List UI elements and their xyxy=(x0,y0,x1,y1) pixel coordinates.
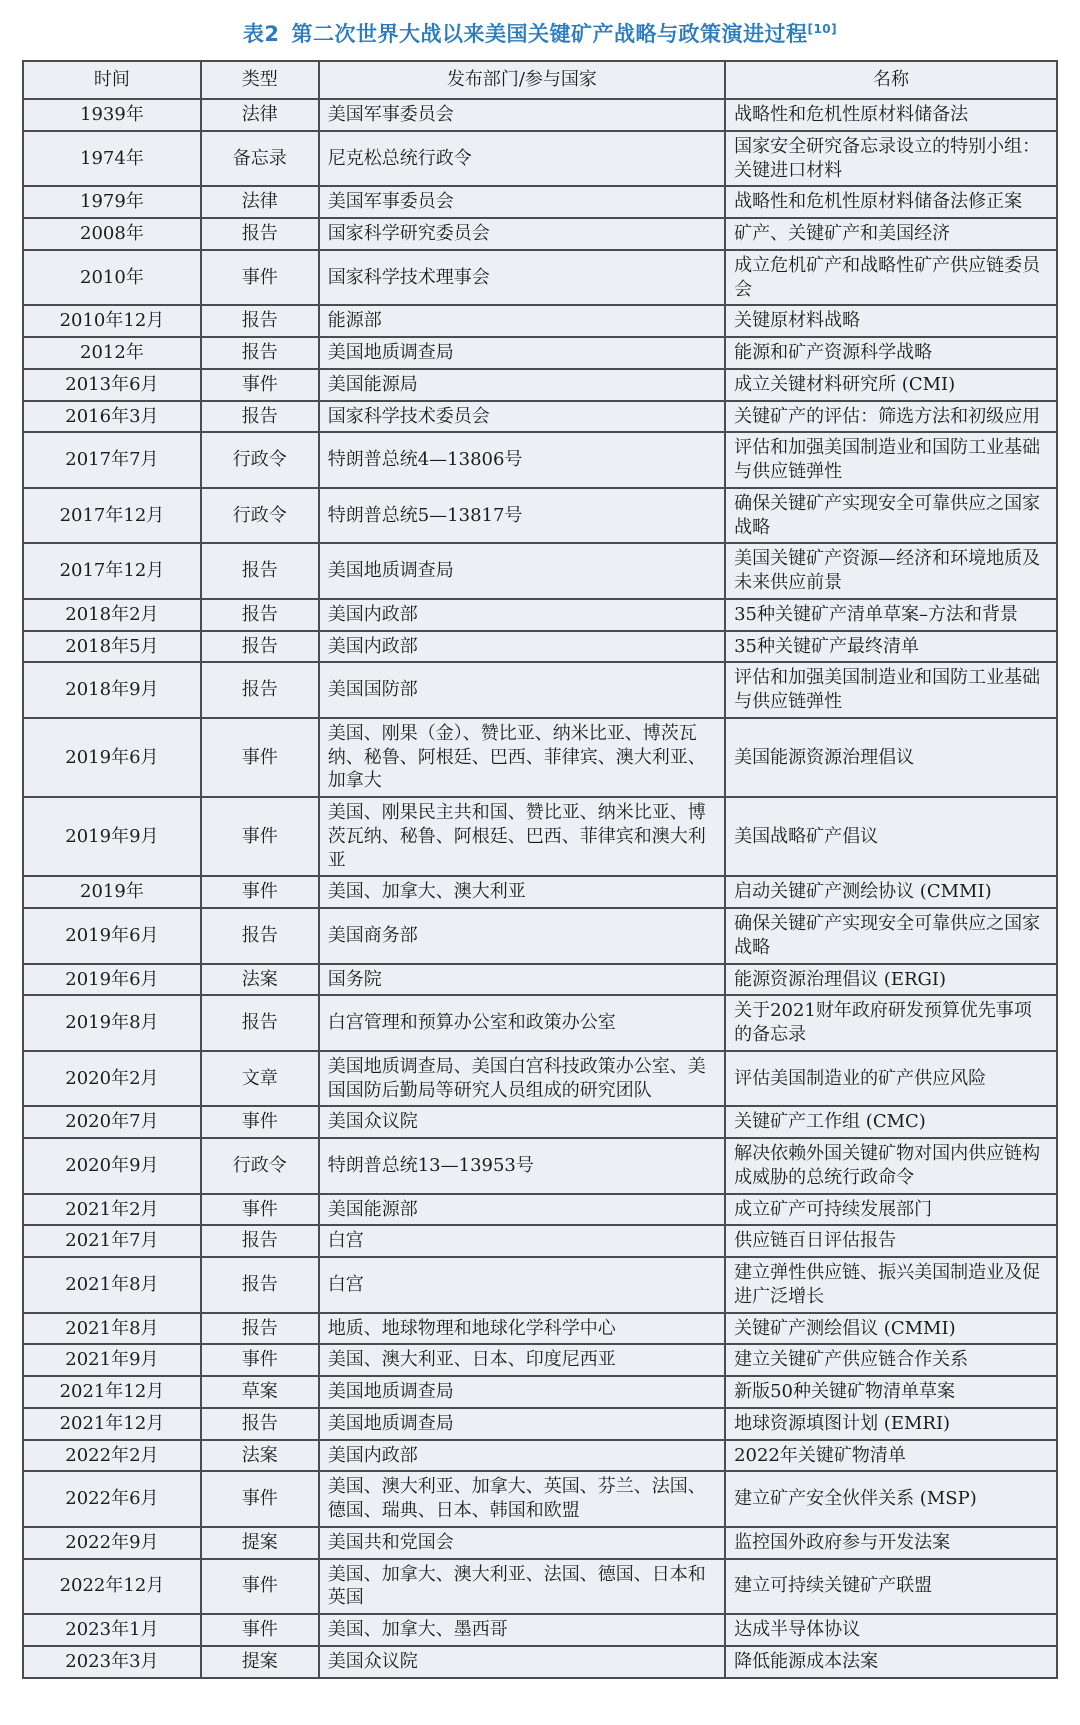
department-cell: 美国地质调查局 xyxy=(319,337,725,369)
time-cell: 2019年8月 xyxy=(23,995,201,1051)
name-cell: 达成半导体协议 xyxy=(725,1614,1057,1646)
type-cell: 法案 xyxy=(201,1440,319,1472)
department-cell: 国家科学技术委员会 xyxy=(319,401,725,433)
department-cell: 美国、刚果（金）、赞比亚、纳米比亚、博茨瓦纳、秘鲁、阿根廷、巴西、菲律宾、澳大利… xyxy=(319,718,725,797)
name-cell: 新版50种关键矿物清单草案 xyxy=(725,1376,1057,1408)
department-cell: 美国内政部 xyxy=(319,631,725,663)
department-cell: 美国军事委员会 xyxy=(319,99,725,131)
time-cell: 2019年6月 xyxy=(23,718,201,797)
department-cell: 国家科学技术理事会 xyxy=(319,250,725,306)
name-cell: 战略性和危机性原材料储备法修正案 xyxy=(725,186,1057,218)
table-number-label: 表2 xyxy=(243,22,280,46)
name-cell: 评估和加强美国制造业和国防工业基础与供应链弹性 xyxy=(725,432,1057,488)
department-cell: 美国、加拿大、澳大利亚 xyxy=(319,876,725,908)
type-cell: 提案 xyxy=(201,1527,319,1559)
name-cell: 建立弹性供应链、振兴美国制造业及促进广泛增长 xyxy=(725,1257,1057,1313)
name-cell: 建立可持续关键矿产联盟 xyxy=(725,1559,1057,1615)
time-cell: 1939年 xyxy=(23,99,201,131)
type-cell: 备忘录 xyxy=(201,131,319,187)
department-cell: 美国、加拿大、澳大利亚、法国、德国、日本和英国 xyxy=(319,1559,725,1615)
name-cell: 关键矿产工作组 (CMC) xyxy=(725,1106,1057,1138)
type-cell: 报告 xyxy=(201,631,319,663)
name-cell: 成立矿产可持续发展部门 xyxy=(725,1194,1057,1226)
table-row: 2017年12月报告美国地质调查局美国关键矿产资源—经济和环境地质及未来供应前景 xyxy=(23,543,1057,599)
time-cell: 2023年3月 xyxy=(23,1646,201,1678)
type-cell: 报告 xyxy=(201,1257,319,1313)
department-cell: 美国、刚果民主共和国、赞比亚、纳米比亚、博茨瓦纳、秘鲁、阿根廷、巴西、菲律宾和澳… xyxy=(319,797,725,876)
time-cell: 2010年 xyxy=(23,250,201,306)
table-title: 表2第二次世界大战以来美国关键矿产战略与政策演进过程[10] xyxy=(22,18,1058,48)
table-row: 2016年3月报告国家科学技术委员会关键矿产的评估：筛选方法和初级应用 xyxy=(23,401,1057,433)
type-cell: 行政令 xyxy=(201,488,319,544)
name-cell: 35种关键矿产最终清单 xyxy=(725,631,1057,663)
type-cell: 事件 xyxy=(201,1471,319,1527)
department-cell: 美国军事委员会 xyxy=(319,186,725,218)
department-cell: 特朗普总统4—13806号 xyxy=(319,432,725,488)
time-cell: 2021年12月 xyxy=(23,1408,201,1440)
name-cell: 启动关键矿产测绘协议 (CMMI) xyxy=(725,876,1057,908)
department-cell: 国务院 xyxy=(319,964,725,996)
type-cell: 事件 xyxy=(201,1614,319,1646)
department-cell: 美国、澳大利亚、加拿大、英国、芬兰、法国、德国、瑞典、日本、韩国和欧盟 xyxy=(319,1471,725,1527)
name-cell: 关键原材料战略 xyxy=(725,305,1057,337)
table-row: 2017年7月行政令特朗普总统4—13806号评估和加强美国制造业和国防工业基础… xyxy=(23,432,1057,488)
type-cell: 报告 xyxy=(201,1408,319,1440)
time-cell: 2020年9月 xyxy=(23,1138,201,1194)
name-cell: 评估和加强美国制造业和国防工业基础与供应链弹性 xyxy=(725,662,1057,718)
name-cell: 供应链百日评估报告 xyxy=(725,1225,1057,1257)
name-cell: 确保关键矿产实现安全可靠供应之国家战略 xyxy=(725,908,1057,964)
table-row: 2020年2月文章美国地质调查局、美国白宫科技政策办公室、美国国防后勤局等研究人… xyxy=(23,1051,1057,1107)
time-cell: 2021年8月 xyxy=(23,1313,201,1345)
time-cell: 2018年5月 xyxy=(23,631,201,663)
type-cell: 报告 xyxy=(201,995,319,1051)
type-cell: 事件 xyxy=(201,1344,319,1376)
department-cell: 美国商务部 xyxy=(319,908,725,964)
type-cell: 行政令 xyxy=(201,1138,319,1194)
name-cell: 关于2021财年政府研发预算优先事项的备忘录 xyxy=(725,995,1057,1051)
department-cell: 美国、加拿大、墨西哥 xyxy=(319,1614,725,1646)
name-cell: 关键矿产测绘倡议 (CMMI) xyxy=(725,1313,1057,1345)
department-cell: 白宫 xyxy=(319,1225,725,1257)
time-cell: 2017年12月 xyxy=(23,488,201,544)
table-row: 2021年8月报告地质、地球物理和地球化学科学中心关键矿产测绘倡议 (CMMI) xyxy=(23,1313,1057,1345)
table-body: 1939年法律美国军事委员会战略性和危机性原材料储备法1974年备忘录尼克松总统… xyxy=(23,99,1057,1678)
name-cell: 成立危机矿产和战略性矿产供应链委员会 xyxy=(725,250,1057,306)
department-cell: 白宫管理和预算办公室和政策办公室 xyxy=(319,995,725,1051)
name-cell: 监控国外政府参与开发法案 xyxy=(725,1527,1057,1559)
time-cell: 2022年12月 xyxy=(23,1559,201,1615)
name-cell: 关键矿产的评估：筛选方法和初级应用 xyxy=(725,401,1057,433)
name-cell: 美国能源资源治理倡议 xyxy=(725,718,1057,797)
table-row: 2017年12月行政令特朗普总统5—13817号确保关键矿产实现安全可靠供应之国… xyxy=(23,488,1057,544)
type-cell: 法律 xyxy=(201,99,319,131)
type-cell: 文章 xyxy=(201,1051,319,1107)
department-cell: 地质、地球物理和地球化学科学中心 xyxy=(319,1313,725,1345)
time-cell: 2022年6月 xyxy=(23,1471,201,1527)
department-cell: 美国地质调查局 xyxy=(319,1408,725,1440)
type-cell: 报告 xyxy=(201,599,319,631)
time-cell: 2016年3月 xyxy=(23,401,201,433)
header-name: 名称 xyxy=(725,61,1057,99)
type-cell: 事件 xyxy=(201,1194,319,1226)
table-row: 2010年事件国家科学技术理事会成立危机矿产和战略性矿产供应链委员会 xyxy=(23,250,1057,306)
name-cell: 解决依赖外国关键矿物对国内供应链构成威胁的总统行政命令 xyxy=(725,1138,1057,1194)
table-row: 2023年3月提案美国众议院降低能源成本法案 xyxy=(23,1646,1057,1678)
table-row: 2013年6月事件美国能源局成立关键材料研究所 (CMI) xyxy=(23,369,1057,401)
table-row: 2019年6月报告美国商务部确保关键矿产实现安全可靠供应之国家战略 xyxy=(23,908,1057,964)
name-cell: 确保关键矿产实现安全可靠供应之国家战略 xyxy=(725,488,1057,544)
table-row: 2019年6月法案国务院能源资源治理倡议 (ERGI) xyxy=(23,964,1057,996)
department-cell: 能源部 xyxy=(319,305,725,337)
department-cell: 美国共和党国会 xyxy=(319,1527,725,1559)
type-cell: 法律 xyxy=(201,186,319,218)
type-cell: 报告 xyxy=(201,401,319,433)
type-cell: 提案 xyxy=(201,1646,319,1678)
department-cell: 美国能源局 xyxy=(319,369,725,401)
time-cell: 2013年6月 xyxy=(23,369,201,401)
type-cell: 报告 xyxy=(201,543,319,599)
table-row: 2018年5月报告美国内政部35种关键矿产最终清单 xyxy=(23,631,1057,663)
time-cell: 2019年 xyxy=(23,876,201,908)
policy-evolution-table: 时间 类型 发布部门/参与国家 名称 1939年法律美国军事委员会战略性和危机性… xyxy=(22,60,1058,1679)
name-cell: 35种关键矿产清单草案–方法和背景 xyxy=(725,599,1057,631)
time-cell: 2008年 xyxy=(23,218,201,250)
department-cell: 国家科学研究委员会 xyxy=(319,218,725,250)
type-cell: 报告 xyxy=(201,337,319,369)
name-cell: 美国关键矿产资源—经济和环境地质及未来供应前景 xyxy=(725,543,1057,599)
table-row: 2022年9月提案美国共和党国会监控国外政府参与开发法案 xyxy=(23,1527,1057,1559)
table-row: 2020年7月事件美国众议院关键矿产工作组 (CMC) xyxy=(23,1106,1057,1138)
table-row: 2008年报告国家科学研究委员会矿产、关键矿产和美国经济 xyxy=(23,218,1057,250)
type-cell: 事件 xyxy=(201,1106,319,1138)
header-department: 发布部门/参与国家 xyxy=(319,61,725,99)
name-cell: 能源和矿产资源科学战略 xyxy=(725,337,1057,369)
table-row: 2010年12月报告能源部关键原材料战略 xyxy=(23,305,1057,337)
header-time: 时间 xyxy=(23,61,201,99)
table-row: 2020年9月行政令特朗普总统13—13953号解决依赖外国关键矿物对国内供应链… xyxy=(23,1138,1057,1194)
type-cell: 报告 xyxy=(201,908,319,964)
department-cell: 美国众议院 xyxy=(319,1646,725,1678)
type-cell: 报告 xyxy=(201,1313,319,1345)
table-row: 1979年法律美国军事委员会战略性和危机性原材料储备法修正案 xyxy=(23,186,1057,218)
time-cell: 2020年2月 xyxy=(23,1051,201,1107)
name-cell: 建立矿产安全伙伴关系 (MSP) xyxy=(725,1471,1057,1527)
type-cell: 事件 xyxy=(201,718,319,797)
type-cell: 事件 xyxy=(201,797,319,876)
department-cell: 尼克松总统行政令 xyxy=(319,131,725,187)
time-cell: 2021年12月 xyxy=(23,1376,201,1408)
time-cell: 2021年7月 xyxy=(23,1225,201,1257)
time-cell: 2017年12月 xyxy=(23,543,201,599)
department-cell: 美国众议院 xyxy=(319,1106,725,1138)
type-cell: 报告 xyxy=(201,218,319,250)
department-cell: 白宫 xyxy=(319,1257,725,1313)
department-cell: 美国国防部 xyxy=(319,662,725,718)
table-row: 2021年7月报告白宫供应链百日评估报告 xyxy=(23,1225,1057,1257)
table-row: 2021年8月报告白宫建立弹性供应链、振兴美国制造业及促进广泛增长 xyxy=(23,1257,1057,1313)
name-cell: 2022年关键矿物清单 xyxy=(725,1440,1057,1472)
type-cell: 事件 xyxy=(201,876,319,908)
time-cell: 2021年2月 xyxy=(23,1194,201,1226)
type-cell: 报告 xyxy=(201,662,319,718)
time-cell: 2010年12月 xyxy=(23,305,201,337)
time-cell: 2019年6月 xyxy=(23,908,201,964)
table-row: 2019年9月事件美国、刚果民主共和国、赞比亚、纳米比亚、博茨瓦纳、秘鲁、阿根廷… xyxy=(23,797,1057,876)
table-row: 2022年12月事件美国、加拿大、澳大利亚、法国、德国、日本和英国建立可持续关键… xyxy=(23,1559,1057,1615)
name-cell: 美国战略矿产倡议 xyxy=(725,797,1057,876)
table-row: 1974年备忘录尼克松总统行政令国家安全研究备忘录设立的特别小组：关键进口材料 xyxy=(23,131,1057,187)
name-cell: 国家安全研究备忘录设立的特别小组：关键进口材料 xyxy=(725,131,1057,187)
type-cell: 事件 xyxy=(201,369,319,401)
table-row: 2021年2月事件美国能源部成立矿产可持续发展部门 xyxy=(23,1194,1057,1226)
table-header-row: 时间 类型 发布部门/参与国家 名称 xyxy=(23,61,1057,99)
time-cell: 2020年7月 xyxy=(23,1106,201,1138)
header-type: 类型 xyxy=(201,61,319,99)
time-cell: 2018年9月 xyxy=(23,662,201,718)
department-cell: 美国地质调查局、美国白宫科技政策办公室、美国国防后勤局等研究人员组成的研究团队 xyxy=(319,1051,725,1107)
table-row: 2021年12月草案美国地质调查局新版50种关键矿物清单草案 xyxy=(23,1376,1057,1408)
time-cell: 2021年8月 xyxy=(23,1257,201,1313)
time-cell: 1979年 xyxy=(23,186,201,218)
table-row: 2012年报告美国地质调查局能源和矿产资源科学战略 xyxy=(23,337,1057,369)
type-cell: 事件 xyxy=(201,1559,319,1615)
time-cell: 2022年2月 xyxy=(23,1440,201,1472)
department-cell: 美国地质调查局 xyxy=(319,1376,725,1408)
time-cell: 2019年9月 xyxy=(23,797,201,876)
time-cell: 2018年2月 xyxy=(23,599,201,631)
type-cell: 报告 xyxy=(201,305,319,337)
table-row: 2018年2月报告美国内政部35种关键矿产清单草案–方法和背景 xyxy=(23,599,1057,631)
department-cell: 美国内政部 xyxy=(319,1440,725,1472)
department-cell: 美国内政部 xyxy=(319,599,725,631)
name-cell: 评估美国制造业的矿产供应风险 xyxy=(725,1051,1057,1107)
table-row: 2018年9月报告美国国防部评估和加强美国制造业和国防工业基础与供应链弹性 xyxy=(23,662,1057,718)
name-cell: 成立关键材料研究所 (CMI) xyxy=(725,369,1057,401)
name-cell: 降低能源成本法案 xyxy=(725,1646,1057,1678)
citation-superscript: [10] xyxy=(807,22,837,36)
table-row: 2022年2月法案美国内政部2022年关键矿物清单 xyxy=(23,1440,1057,1472)
table-row: 2019年8月报告白宫管理和预算办公室和政策办公室关于2021财年政府研发预算优… xyxy=(23,995,1057,1051)
table-row: 2019年6月事件美国、刚果（金）、赞比亚、纳米比亚、博茨瓦纳、秘鲁、阿根廷、巴… xyxy=(23,718,1057,797)
time-cell: 1974年 xyxy=(23,131,201,187)
time-cell: 2012年 xyxy=(23,337,201,369)
department-cell: 美国能源部 xyxy=(319,1194,725,1226)
time-cell: 2021年9月 xyxy=(23,1344,201,1376)
table-row: 2019年事件美国、加拿大、澳大利亚启动关键矿产测绘协议 (CMMI) xyxy=(23,876,1057,908)
time-cell: 2017年7月 xyxy=(23,432,201,488)
name-cell: 战略性和危机性原材料储备法 xyxy=(725,99,1057,131)
table-row: 2021年9月事件美国、澳大利亚、日本、印度尼西亚建立关键矿产供应链合作关系 xyxy=(23,1344,1057,1376)
type-cell: 报告 xyxy=(201,1225,319,1257)
name-cell: 地球资源填图计划 (EMRI) xyxy=(725,1408,1057,1440)
department-cell: 美国地质调查局 xyxy=(319,543,725,599)
department-cell: 特朗普总统5—13817号 xyxy=(319,488,725,544)
table-row: 2021年12月报告美国地质调查局地球资源填图计划 (EMRI) xyxy=(23,1408,1057,1440)
table-title-text: 第二次世界大战以来美国关键矿产战略与政策演进过程 xyxy=(291,22,807,46)
time-cell: 2019年6月 xyxy=(23,964,201,996)
page: 表2第二次世界大战以来美国关键矿产战略与政策演进过程[10] 时间 类型 发布部… xyxy=(0,0,1080,1725)
table-row: 2022年6月事件美国、澳大利亚、加拿大、英国、芬兰、法国、德国、瑞典、日本、韩… xyxy=(23,1471,1057,1527)
name-cell: 矿产、关键矿产和美国经济 xyxy=(725,218,1057,250)
table-row: 1939年法律美国军事委员会战略性和危机性原材料储备法 xyxy=(23,99,1057,131)
department-cell: 特朗普总统13—13953号 xyxy=(319,1138,725,1194)
table-row: 2023年1月事件美国、加拿大、墨西哥达成半导体协议 xyxy=(23,1614,1057,1646)
department-cell: 美国、澳大利亚、日本、印度尼西亚 xyxy=(319,1344,725,1376)
name-cell: 建立关键矿产供应链合作关系 xyxy=(725,1344,1057,1376)
time-cell: 2022年9月 xyxy=(23,1527,201,1559)
type-cell: 法案 xyxy=(201,964,319,996)
type-cell: 行政令 xyxy=(201,432,319,488)
name-cell: 能源资源治理倡议 (ERGI) xyxy=(725,964,1057,996)
type-cell: 事件 xyxy=(201,250,319,306)
type-cell: 草案 xyxy=(201,1376,319,1408)
time-cell: 2023年1月 xyxy=(23,1614,201,1646)
